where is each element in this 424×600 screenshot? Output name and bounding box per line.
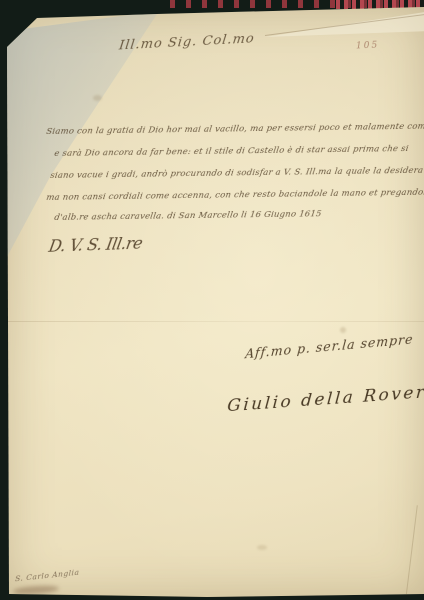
folio-number: 105 xyxy=(356,41,380,52)
archival-docket-note: S. Carlo Anglia xyxy=(15,568,80,584)
paper-stain xyxy=(340,327,346,333)
closing-abbreviation: D. V. S. Ill.re xyxy=(47,233,144,255)
valediction: Aff.mo p. ser.la sempre xyxy=(245,332,414,362)
body-line-2: e sarà Dio ancora da far bene: et il sti… xyxy=(54,144,410,159)
body-line-3: siano vacue i gradi, andrò procurando di… xyxy=(50,166,424,181)
paper-stain xyxy=(257,545,267,550)
right-edge-crease xyxy=(405,505,418,599)
paper-stain xyxy=(93,95,102,101)
manuscript-scan: { "letter": { "folio_number": "105", "sa… xyxy=(0,0,424,600)
body-line-1: Siamo con la gratia di Dio hor mai al va… xyxy=(46,121,424,137)
signature: Giulio della Rovere xyxy=(227,382,424,417)
body-line-4: ma non cansi cordiali come accenna, con … xyxy=(46,188,424,203)
horizontal-fold-crease xyxy=(7,321,424,322)
body-line-5-dateline: d'alb.re ascha caravella. di San Marcell… xyxy=(54,209,323,223)
ink-smudge xyxy=(13,584,59,595)
letter-sheet: Ill.mo Sig. Col.mo 105 Siamo con la grat… xyxy=(7,5,424,598)
